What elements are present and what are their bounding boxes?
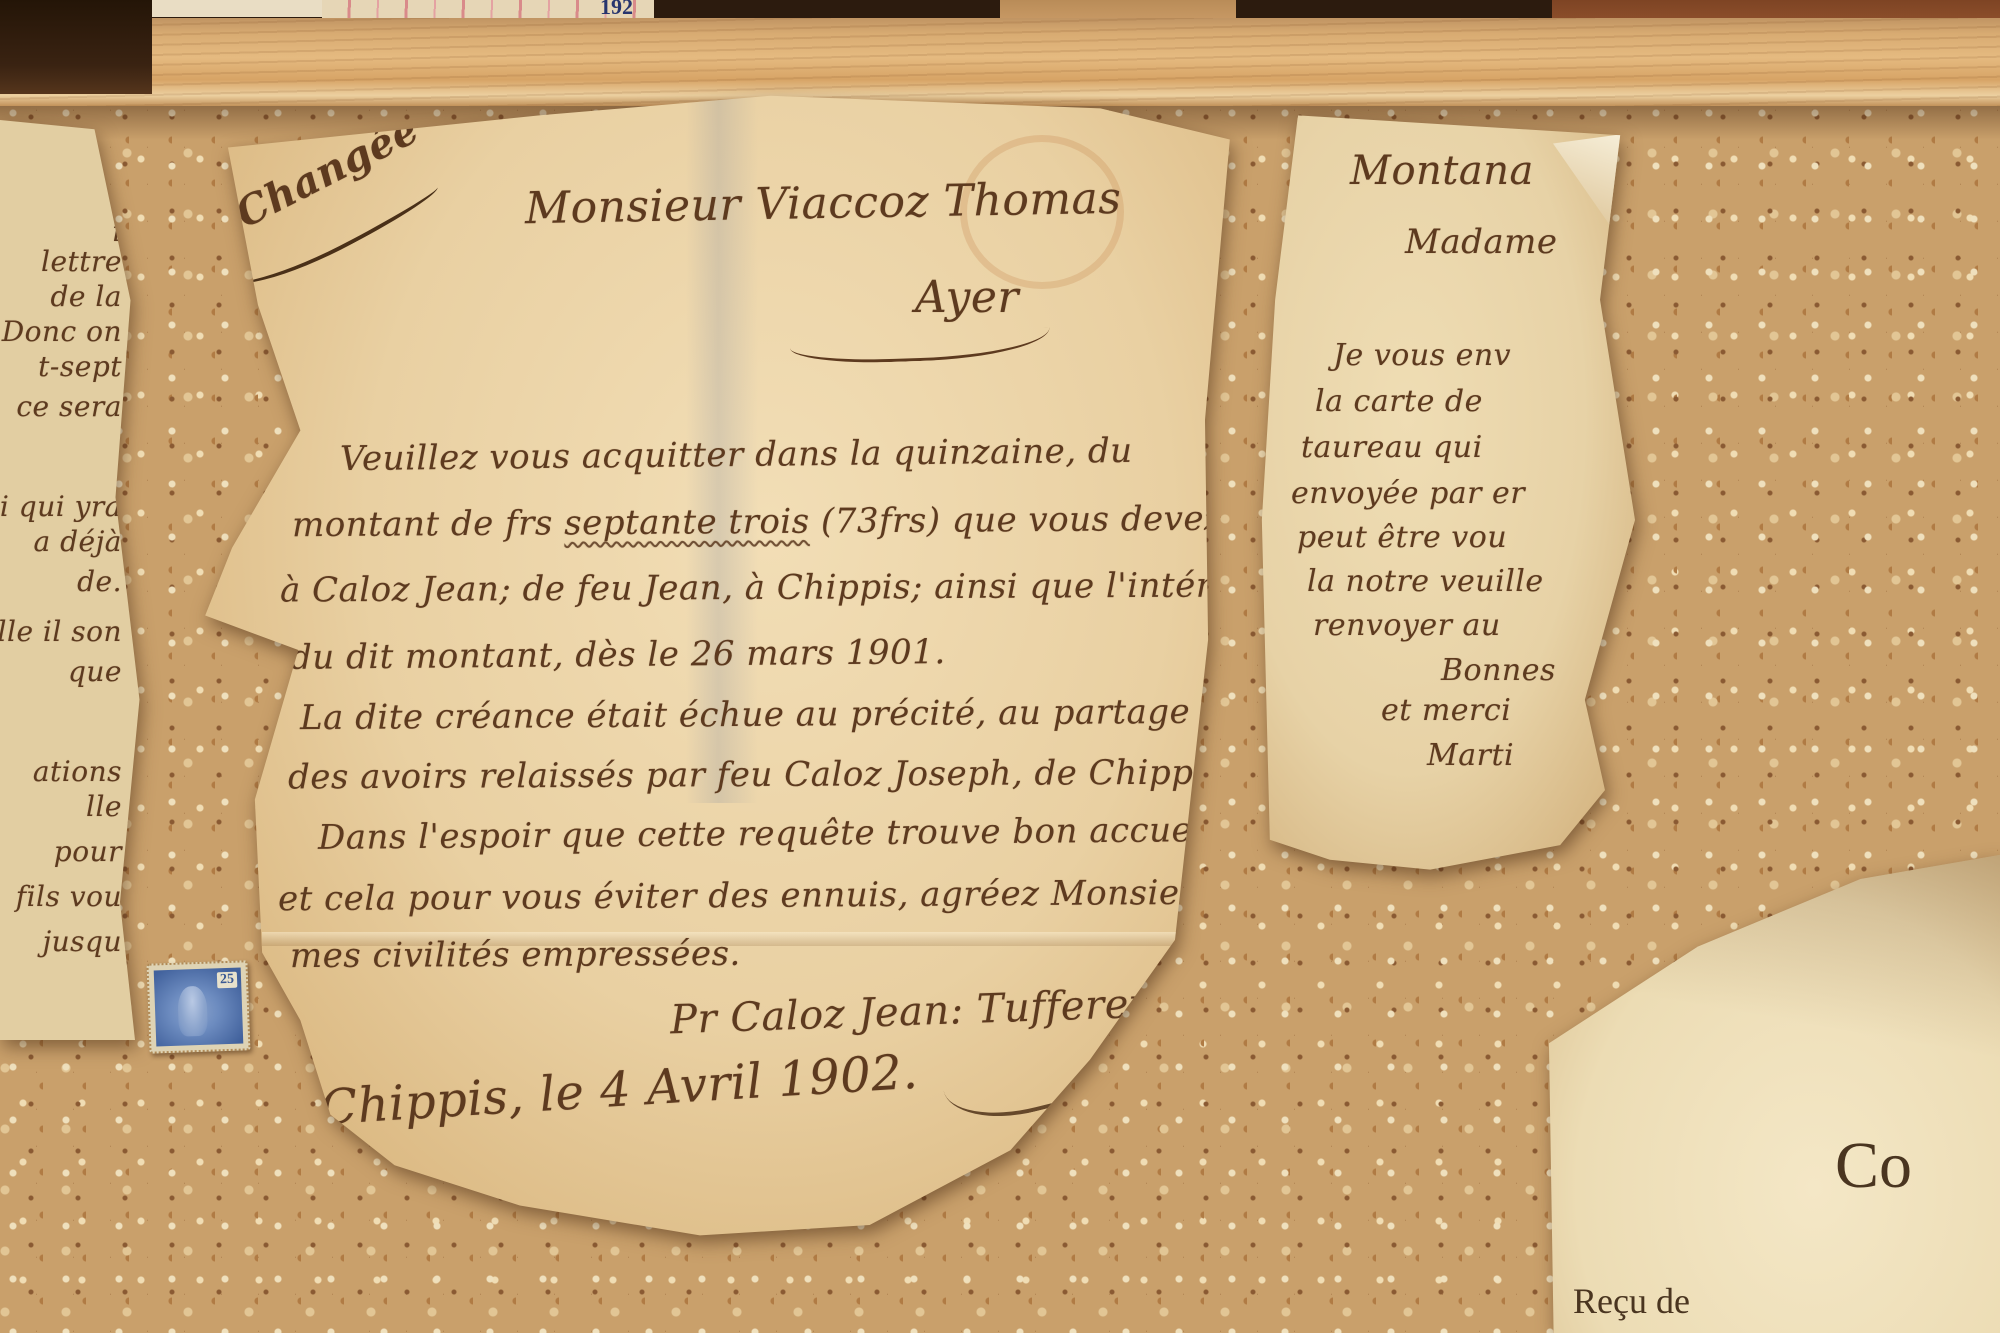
folded-corner	[1553, 134, 1623, 229]
main-letter-paper: Changée Monsieur Viaccoz Thomas Ayer Veu…	[200, 90, 1235, 1240]
left-letter-fragment: de la	[50, 280, 122, 313]
left-letter-fragment: i qui yra	[0, 490, 122, 523]
right-letter-line: et merci	[1381, 693, 1511, 728]
place-underline-flourish	[790, 327, 1051, 365]
recipient-line: Monsieur Viaccoz Thomas	[525, 173, 1122, 234]
right-letter-line: renvoyer au	[1313, 608, 1501, 643]
right-letter-line: Madame	[1405, 222, 1557, 262]
left-letter-fragment: jusqu	[42, 925, 122, 958]
corkboard-photo: 192 i lettre de la Donc on t-sept ce ser…	[0, 0, 2000, 1333]
receipt-paper: Co Reçu de	[1535, 850, 2000, 1333]
stamp-design: 25	[154, 968, 244, 1047]
signature: Pr Caloz Jean: Tufferey E.	[669, 979, 1208, 1044]
left-letter-fragment: que	[68, 655, 122, 688]
shelf-paper-fragment	[150, 0, 326, 17]
body-line: Veuillez vous acquitter dans la quinzain…	[340, 431, 1133, 479]
right-letter-line: taureau qui	[1301, 430, 1483, 465]
main-letter-surface: Changée Monsieur Viaccoz Thomas Ayer Veu…	[200, 90, 1235, 1240]
right-letter-line: Je vous env	[1333, 338, 1511, 373]
left-letter-fragment: i	[113, 215, 122, 248]
left-letter-fragment: lettre	[41, 245, 122, 278]
recipient-place: Ayer	[915, 272, 1019, 323]
body-line: des avoirs relaissés par feu Caloz Josep…	[288, 753, 1234, 798]
body-line-part: (73frs) que vous devez	[810, 499, 1223, 542]
body-line: du dit montant, dès le 26 mars 1901.	[290, 632, 946, 678]
body-line: mes civilités empressées.	[290, 934, 741, 976]
left-letter-fragment: de.	[77, 565, 122, 598]
left-letter-fragment: lle	[86, 790, 122, 823]
underlined-amount: septante trois	[564, 502, 810, 544]
map-number-label: 192	[600, 0, 633, 20]
dateline: Chippis, le 4 Avril 1902.	[319, 1044, 920, 1136]
rolled-map-fragment: 192	[322, 0, 654, 19]
right-letter-line: la carte de	[1315, 384, 1483, 419]
left-letter-fragment: pour	[54, 835, 122, 868]
right-letter-line: envoyée par er	[1291, 476, 1525, 511]
right-letter-line: la notre veuille	[1307, 564, 1544, 599]
right-letter-line: Montana	[1350, 148, 1534, 194]
body-line: à Caloz Jean; de feu Jean, à Chippis; ai…	[280, 566, 1233, 611]
left-letter-fragment: a déjà	[34, 525, 122, 558]
left-letter-fragment: lle il son	[0, 615, 122, 648]
body-line: La dite créance était échue au précité, …	[300, 692, 1191, 738]
receipt-surface: Co Reçu de	[1535, 850, 2000, 1333]
right-letter-line: Bonnes	[1441, 653, 1556, 688]
dark-shelf-corner	[0, 0, 152, 94]
left-letter-fragment: fils vou	[16, 880, 122, 913]
body-line-part: montant de frs	[292, 503, 564, 545]
right-letter-surface: Montana Madame Je vous env la carte de t…	[1255, 110, 1635, 875]
stamp-figure	[177, 985, 208, 1036]
body-line: Dans l'espoir que cette requête trouve b…	[318, 810, 1215, 858]
receipt-heading: Co	[1835, 1128, 1912, 1204]
stamp-denomination: 25	[217, 972, 238, 989]
receipt-line: Reçu de	[1573, 1280, 1690, 1322]
body-line: et cela pour vous éviter des ennuis, agr…	[278, 873, 1227, 920]
left-letter-surface: i lettre de la Donc on t-sept ce sera i …	[0, 120, 150, 1040]
right-letter-paper: Montana Madame Je vous env la carte de t…	[1255, 110, 1635, 875]
left-letter-fragment: ations	[33, 755, 122, 788]
postage-stamp: 25	[146, 960, 250, 1053]
right-letter-line: peut être vou	[1297, 520, 1507, 555]
left-letter-fragment: Donc on	[2, 315, 122, 348]
left-letter-paper: i lettre de la Donc on t-sept ce sera i …	[0, 120, 150, 1040]
left-letter-fragment: ce sera	[16, 390, 122, 423]
paper-fold-shading	[1535, 850, 2000, 1116]
right-letter-line: Marti	[1427, 738, 1514, 773]
body-line: montant de frs septante trois (73frs) qu…	[292, 499, 1223, 545]
left-letter-fragment: t-sept	[38, 350, 122, 383]
